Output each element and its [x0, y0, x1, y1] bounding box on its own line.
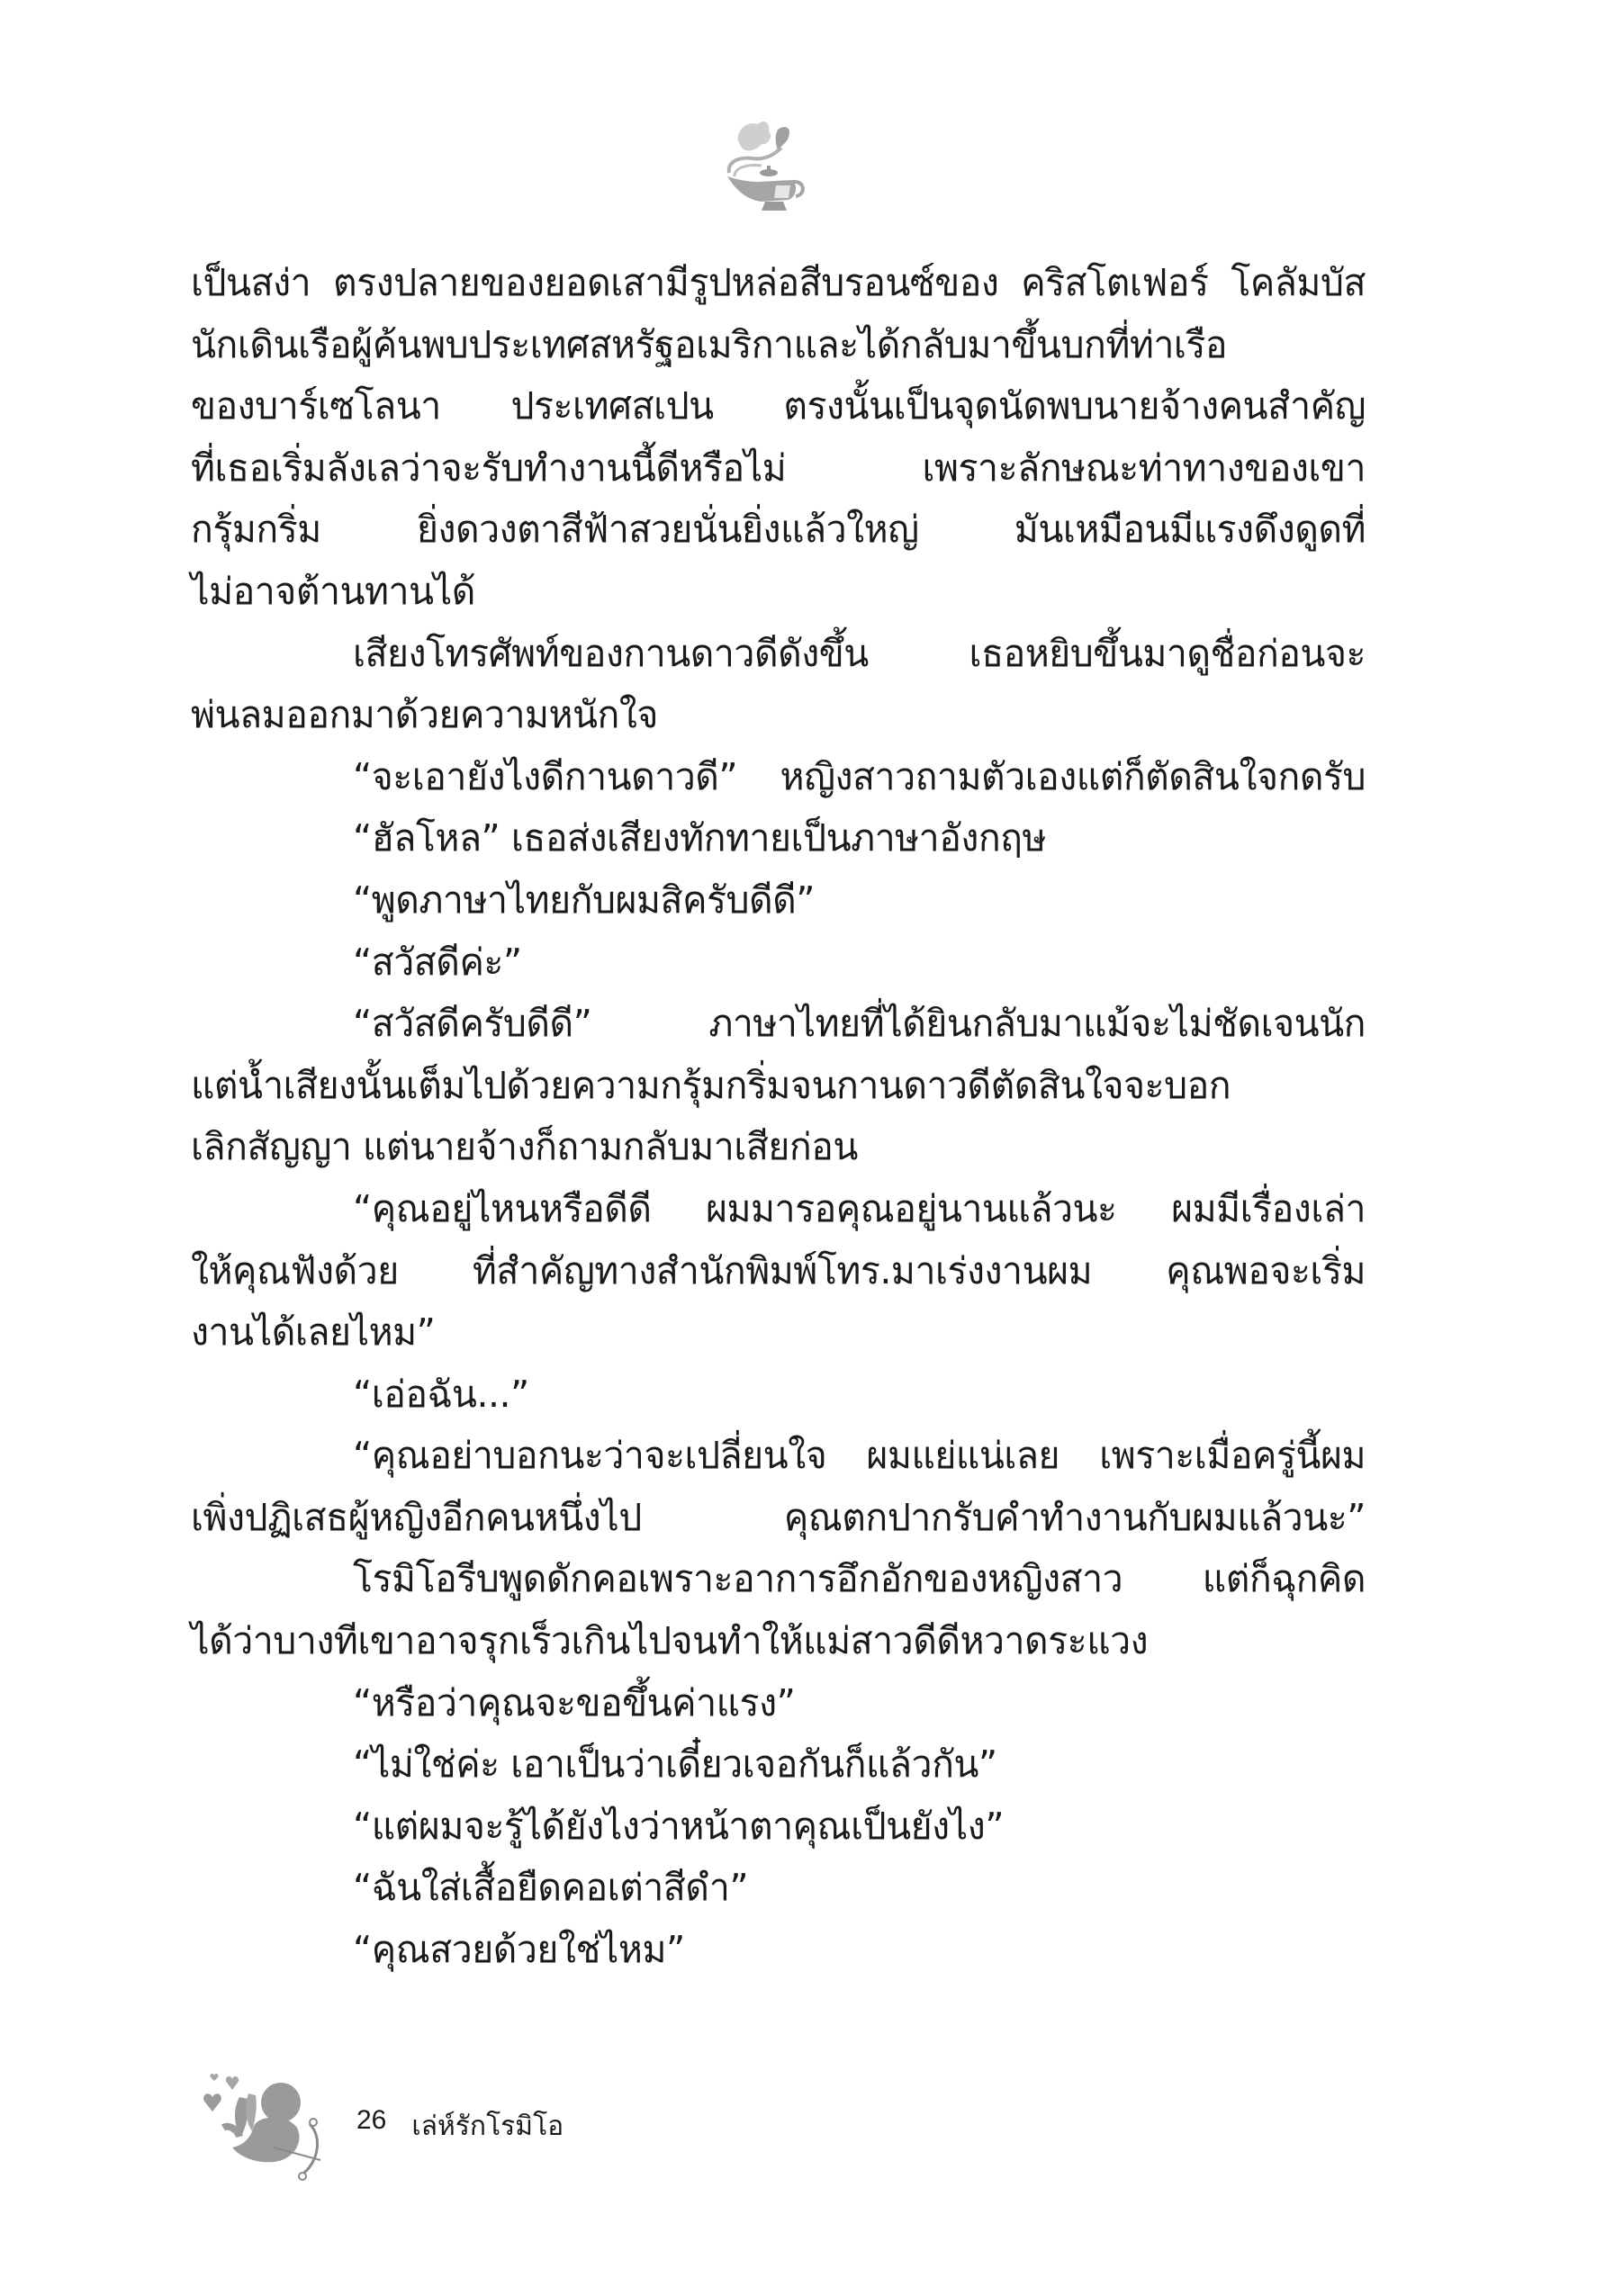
book-page: เป็นสง่า ตรงปลายของยอดเสามีรูปหล่อสีบรอน…	[0, 0, 1605, 2296]
text-line: เป็นสง่า ตรงปลายของยอดเสามีรูปหล่อสีบรอน…	[191, 252, 1366, 314]
text-line: เพิ่งปฏิเสธผู้หญิงอีกคนหนึ่งไป คุณตกปากร…	[191, 1487, 1366, 1549]
text-line: งานได้เลยไหม”	[191, 1301, 1366, 1364]
text-line: “ฮัลโหล” เธอส่งเสียงทักทายเป็นภาษาอังกฤษ	[191, 807, 1366, 869]
text-line: “ไม่ใช่ค่ะ เอาเป็นว่าเดี๋ยวเจอกันก็แล้วก…	[191, 1733, 1366, 1796]
text-line: ให้คุณฟังด้วย ที่สำคัญทางสำนักพิมพ์โทร.ม…	[191, 1240, 1366, 1302]
text-line: พ่นลมออกมาด้วยความหนักใจ	[191, 684, 1366, 746]
text-line: กรุ้มกริ่ม ยิ่งดวงตาสีฟ้าสวยนั่นยิ่งแล้ว…	[191, 499, 1366, 561]
text-line: “เอ่อฉัน...”	[191, 1364, 1366, 1426]
text-line: เสียงโทรศัพท์ของกานดาวดีดังขึ้น เธอหยิบข…	[191, 623, 1366, 685]
text-line: นักเดินเรือผู้ค้นพบประเทศสหรัฐอเมริกาและ…	[191, 314, 1366, 376]
text-line: “ฉันใส่เสื้อยืดคอเต่าสีดำ”	[191, 1857, 1366, 1919]
text-line: ที่เธอเริ่มลังเลว่าจะรับทำงานนี้ดีหรือไม…	[191, 437, 1366, 500]
text-line: “คุณอยู่ไหนหรือดีดี ผมมารอคุณอยู่นานแล้ว…	[191, 1178, 1366, 1240]
text-line: โรมิโอรีบพูดดักคอเพราะอาการอึกอักของหญิง…	[191, 1548, 1366, 1610]
text-line: แต่น้ำเสียงนั้นเต็มไปด้วยความกรุ้มกริ่มจ…	[191, 1055, 1366, 1117]
text-line: “จะเอายังไงดีกานดาวดี” หญิงสาวถามตัวเองแ…	[191, 746, 1366, 808]
text-line: “แต่ผมจะรู้ได้ยังไงว่าหน้าตาคุณเป็นยังไง…	[191, 1796, 1366, 1858]
footer-text: 26 เล่ห์รักโรมิโอ	[356, 2105, 564, 2147]
page-number: 26	[356, 2105, 386, 2147]
text-line: “สวัสดีค่ะ”	[191, 932, 1366, 994]
text-line: ได้ว่าบางทีเขาอาจรุกเร็วเกินไปจนทำให้แม่…	[191, 1610, 1366, 1672]
text-line: “คุณอย่าบอกนะว่าจะเปลี่ยนใจ ผมแย่แน่เลย …	[191, 1425, 1366, 1487]
text-line: “คุณสวยด้วยใช่ไหม”	[191, 1919, 1366, 1981]
page-footer: 26 เล่ห์รักโรมิโอ	[187, 2061, 564, 2196]
cupid-with-bow-icon	[187, 2061, 331, 2196]
text-line: ไม่อาจต้านทานได้	[191, 561, 1366, 623]
text-line: “หรือว่าคุณจะขอขึ้นค่าแรง”	[191, 1672, 1366, 1734]
text-line: “สวัสดีครับดีดี” ภาษาไทยที่ได้ยินกลับมาแ…	[191, 993, 1366, 1055]
text-line: เลิกสัญญา แต่นายจ้างก็ถามกลับมาเสียก่อน	[191, 1116, 1366, 1178]
text-line: “พูดภาษาไทยกับผมสิครับดีดี”	[191, 869, 1366, 932]
magic-lamp-with-cupid-icon	[711, 110, 819, 218]
book-title: เล่ห์รักโรมิโอ	[411, 2105, 564, 2147]
text-line: ของบาร์เซโลนา ประเทศสเปน ตรงนั้นเป็นจุดน…	[191, 375, 1366, 437]
body-text: เป็นสง่า ตรงปลายของยอดเสามีรูปหล่อสีบรอน…	[191, 252, 1366, 1981]
